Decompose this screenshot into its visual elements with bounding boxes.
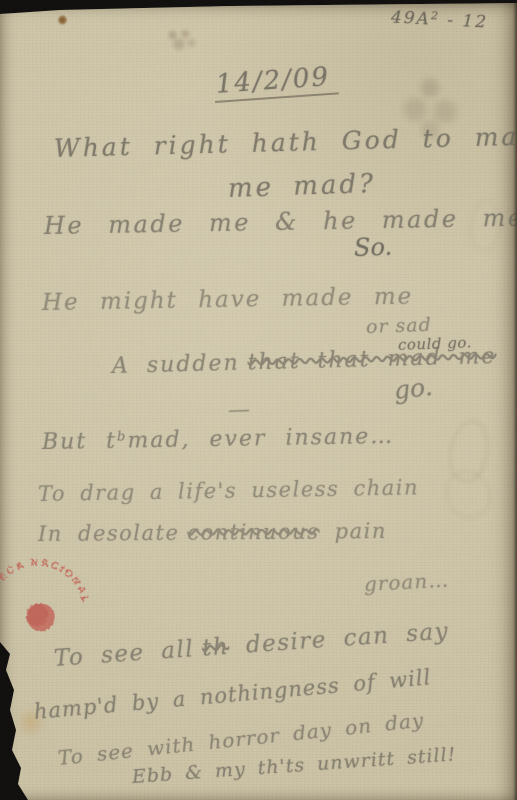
poem-line-2-end-word: So. xyxy=(354,233,393,262)
catalog-prefix: 49A xyxy=(390,8,431,30)
bleed-through-mark xyxy=(443,416,495,485)
poem-text: But t xyxy=(42,429,117,455)
catalog-superscript: 2 xyxy=(431,9,441,22)
bleed-through-mark xyxy=(442,467,494,522)
poem-line-5: But tbmad, ever insane… xyxy=(42,424,395,455)
crossed-out-text: continuous xyxy=(187,520,319,545)
poem-line-1: What right hath God to make xyxy=(54,121,517,163)
date-heading: 14/2/09 xyxy=(213,61,339,103)
poem-line-6: To drag a life's useless chain xyxy=(38,475,419,506)
crossed-out-text: th xyxy=(201,634,230,662)
stanza-divider-dash: — xyxy=(228,397,251,423)
poem-line-1-continued: me mad? xyxy=(227,169,376,204)
ink-stain-spot xyxy=(58,15,67,25)
poem-text: mad, ever insane… xyxy=(127,424,394,454)
poem-word-go: go. xyxy=(392,372,433,405)
pencil-smudge xyxy=(160,26,202,52)
poem-text: A sudden xyxy=(112,351,240,379)
catalog-suffix: - 12 xyxy=(447,10,489,32)
poem-line-2: He made me & he made me xyxy=(44,204,517,240)
manuscript-paper: 49A2 - 12 14/2/09 What right hath God to… xyxy=(0,0,517,800)
library-stamp: BIBLIOTECA NACIONAL xyxy=(0,525,122,695)
poem-word-groan: groan… xyxy=(363,568,449,596)
manuscript-scan: { "catalog": { "prefix": "49A", "sup": "… xyxy=(0,0,517,800)
crossed-out-text: that that mad me xyxy=(247,344,496,376)
poem-text: pain xyxy=(335,519,387,543)
poem-text: desire can say xyxy=(245,618,450,658)
poem-line-4: A suddenthat that mad me xyxy=(112,344,497,379)
archive-catalog-mark: 49A2 - 12 xyxy=(390,7,488,33)
poem-line-3: He might have made me xyxy=(42,284,414,316)
